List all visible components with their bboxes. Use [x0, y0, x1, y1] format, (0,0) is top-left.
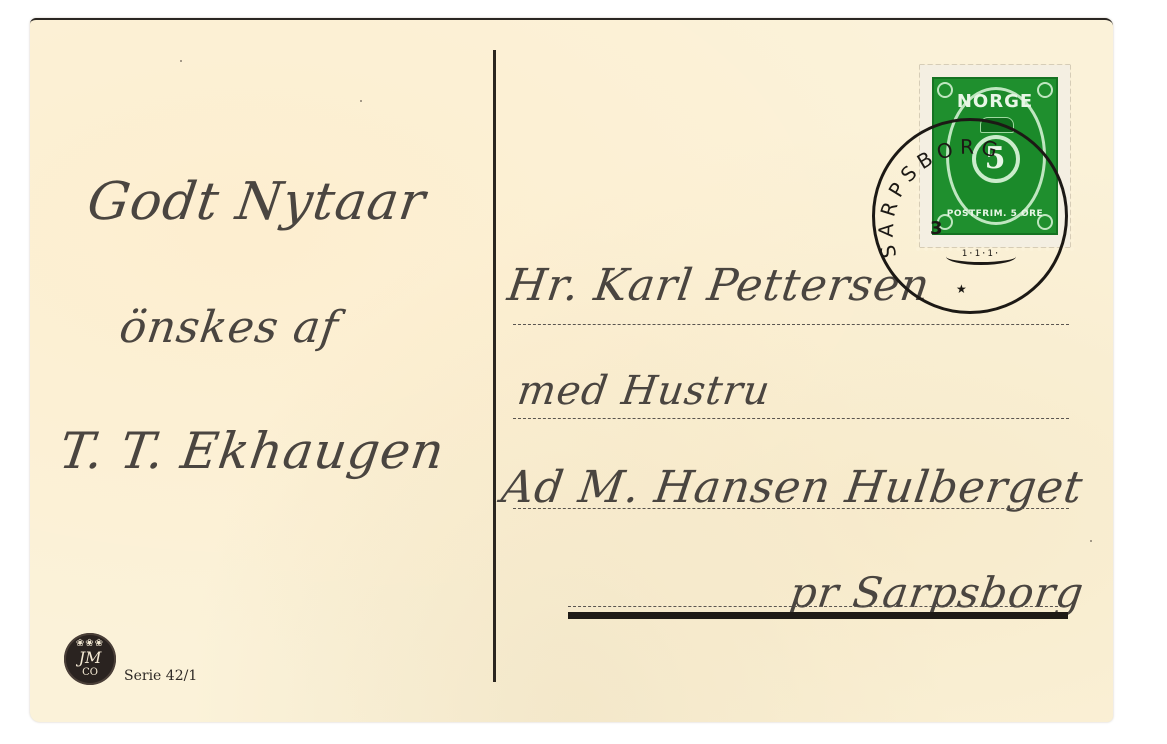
message-line-2: önskes af [116, 302, 341, 353]
address-line-2 [513, 418, 1069, 419]
address-line-3 [513, 508, 1069, 509]
address-line-4-text: pr Sarpsborg [787, 568, 1088, 617]
address-line-4 [568, 606, 1068, 607]
postmark-date: 3 [930, 218, 943, 239]
series-label: Serie 42/1 [124, 668, 197, 684]
address-line-1 [513, 324, 1069, 325]
paper-speck [360, 100, 362, 102]
address-underline-bar [568, 612, 1068, 619]
message-line-1: Godt Nytaar [84, 172, 430, 232]
logo-co: CO [64, 667, 116, 678]
address-line-2-text: med Hustru [515, 368, 774, 414]
stamp-country: NORGE [934, 91, 1056, 112]
paper-speck [1090, 540, 1092, 542]
logo-monogram: JM [64, 651, 116, 665]
address-line-1-text: Hr. Karl Pettersen [504, 260, 933, 311]
postmark-town: SARPSBORG [872, 118, 1068, 314]
svg-text:SARPSBORG: SARPSBORG [874, 135, 1006, 261]
postcard: Godt Nytaar önskes af T. T. Ekhaugen Hr.… [30, 18, 1113, 722]
postmark-bar: 1·1·1· [946, 248, 1016, 265]
message-signature: T. T. Ekhaugen [56, 422, 449, 480]
paper-speck [180, 60, 182, 62]
publisher-logo: ❀❀❀ JM CO [64, 633, 116, 685]
star-icon: ★ [956, 282, 967, 296]
address-line-3-text: Ad M. Hansen Hulberget [498, 462, 1086, 513]
divider-line [493, 50, 496, 682]
